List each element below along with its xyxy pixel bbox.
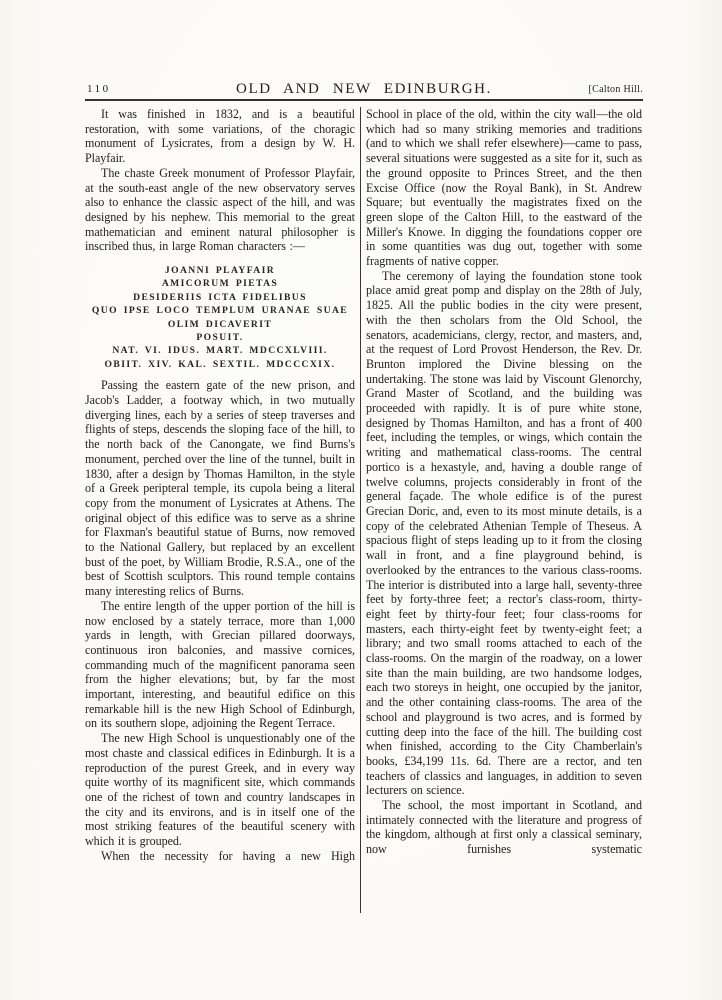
inscription-line: QUO IPSE LOCO TEMPLUM URANAE SUAE xyxy=(85,304,355,317)
body-paragraph: The ceremony of laying the foundation st… xyxy=(366,269,642,798)
inscription-line: AMICORUM PIETAS xyxy=(85,277,355,290)
body-paragraph: The school, the most important in Scotla… xyxy=(366,798,642,857)
inscription-line: DESIDERIIS ICTA FIDELIBUS xyxy=(85,291,355,304)
text-columns: It was finished in 1832, and is a beauti… xyxy=(85,107,643,913)
inscription-line: JOANNI PLAYFAIR xyxy=(85,264,355,277)
inscription-line: OBIIT. XIV. KAL. SEXTIL. MDCCCXIX. xyxy=(85,358,355,371)
inscription-line: NAT. VI. IDUS. MART. MDCCXLVIII. xyxy=(85,344,355,357)
body-paragraph: Passing the eastern gate of the new pris… xyxy=(85,378,355,599)
inscription-block: JOANNI PLAYFAIR AMICORUM PIETAS DESIDERI… xyxy=(85,264,355,371)
running-head-topic: [Calton Hill. xyxy=(589,84,643,95)
body-paragraph: When the necessity for having a new High xyxy=(85,849,355,864)
running-head: 110 OLD AND NEW EDINBURGH. [Calton Hill. xyxy=(85,81,643,97)
header-rule xyxy=(85,99,643,101)
column-divider-rule xyxy=(360,107,361,913)
inscription-line: POSUIT. xyxy=(85,331,355,344)
right-column: School in place of the old, within the c… xyxy=(366,107,642,913)
body-paragraph: School in place of the old, within the c… xyxy=(366,107,642,269)
body-paragraph: It was finished in 1832, and is a beauti… xyxy=(85,107,355,166)
book-page: 110 OLD AND NEW EDINBURGH. [Calton Hill.… xyxy=(0,0,722,1000)
body-paragraph: The new High School is unquestionably on… xyxy=(85,731,355,849)
left-column: It was finished in 1832, and is a beauti… xyxy=(85,107,355,913)
page-title: OLD AND NEW EDINBURGH. xyxy=(85,81,643,98)
body-paragraph: The chaste Greek monument of Professor P… xyxy=(85,166,355,254)
inscription-line: OLIM DICAVERIT xyxy=(85,318,355,331)
body-paragraph: The entire length of the upper portion o… xyxy=(85,599,355,731)
